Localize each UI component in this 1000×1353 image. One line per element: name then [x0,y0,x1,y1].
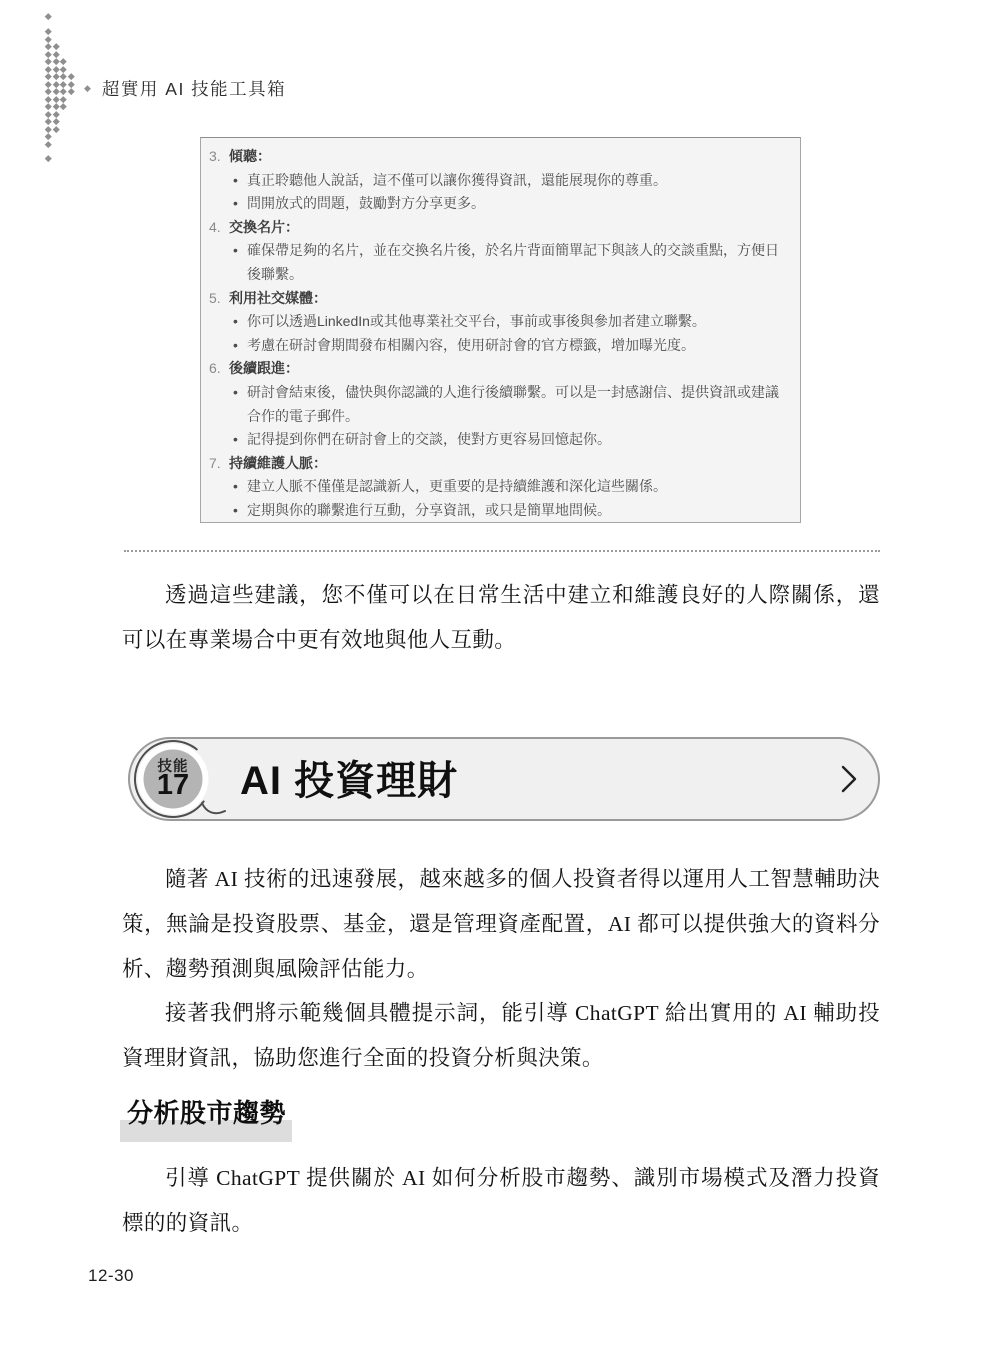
tip-item-3: 3. 傾聽： • 真正聆聽他人說話，這不僅可以讓你獲得資訊，還能展現你的尊重。 … [209,145,788,216]
bullet-icon: • [233,310,247,334]
tip-item-5: 5. 利用社交媒體： • 你可以透過LinkedIn或其他專業社交平台，事前或事… [209,287,788,358]
bullet-icon: • [233,334,247,358]
bullet-text: 你可以透過LinkedIn或其他專業社交平台，事前或事後與參加者建立聯繫。 [247,310,788,334]
tip-bullet: • 研討會結束後，儘快與你認識的人進行後續聯繫。可以是一封感謝信、提供資訊或建議… [209,381,788,428]
tip-title: 後續跟進： [229,357,299,381]
tips-list: 3. 傾聽： • 真正聆聽他人說話，這不僅可以讓你獲得資訊，還能展現你的尊重。 … [209,145,788,523]
book-page: ◆ 超實用 AI 技能工具箱 3. 傾聽： • 真正聆聽他人說話，這不僅可以讓你… [0,0,1000,1353]
tip-title: 利用社交媒體： [229,287,327,311]
chevron-right-icon [840,763,858,795]
bullet-text: 考慮在研討會期間發布相關內容，使用研討會的官方標籤，增加曝光度。 [247,334,788,358]
page-header: ◆ 超實用 AI 技能工具箱 [84,76,286,101]
tip-bullet: • 問開放式的問題，鼓勵對方分享更多。 [209,192,788,216]
skill-title: AI 投資理財 [240,749,458,806]
bullet-text: 確保帶足夠的名片，並在交換名片後，於名片背面簡單記下與該人的交談重點，方便日後聯… [247,239,788,286]
paragraph-prompts: 接著我們將示範幾個具體提示詞，能引導 ChatGPT 給出實用的 AI 輔助投資… [122,991,880,1081]
tip-item-4: 4. 交換名片： • 確保帶足夠的名片，並在交換名片後，於名片背面簡單記下與該人… [209,216,788,287]
skill-badge-number: 17 [126,771,220,800]
tip-number: 3. [209,145,229,169]
decorative-dot-pattern [44,10,88,170]
tip-number: 6. [209,357,229,381]
skill-banner: 技能 17 AI 投資理財 [128,737,880,821]
bullet-icon: • [233,239,247,286]
tip-title: 傾聽： [229,145,271,169]
tip-item-6: 6. 後續跟進： • 研討會結束後，儘快與你認識的人進行後續聯繫。可以是一封感謝… [209,357,788,451]
tip-item-7: 7. 持續維護人脈： • 建立人脈不僅僅是認識新人，更重要的是持續維護和深化這些… [209,452,788,523]
tip-bullet: • 你可以透過LinkedIn或其他專業社交平台，事前或事後與參加者建立聯繫。 [209,310,788,334]
tip-number: 7. [209,452,229,476]
paragraph-guide: 引導 ChatGPT 提供關於 AI 如何分析股市趨勢、識別市場模式及潛力投資標… [122,1156,880,1246]
tips-box: 3. 傾聽： • 真正聆聽他人說話，這不僅可以讓你獲得資訊，還能展現你的尊重。 … [200,137,801,523]
bullet-text: 問開放式的問題，鼓勵對方分享更多。 [247,192,788,216]
tip-bullet: • 建立人脈不僅僅是認識新人，更重要的是持續維護和深化這些關係。 [209,475,788,499]
bullet-text: 真正聆聽他人說話，這不僅可以讓你獲得資訊，還能展現你的尊重。 [247,169,788,193]
tip-bullet: • 真正聆聽他人說話，這不僅可以讓你獲得資訊，還能展現你的尊重。 [209,169,788,193]
bullet-text: 建立人脈不僅僅是認識新人，更重要的是持續維護和深化這些關係。 [247,475,788,499]
page-number: 12-30 [88,1266,134,1286]
running-head-title: 超實用 AI 技能工具箱 [102,76,286,101]
bullet-icon: • [233,381,247,428]
bullet-icon: • [233,428,247,452]
bullet-text: 研討會結束後，儘快與你認識的人進行後續聯繫。可以是一封感謝信、提供資訊或建議合作… [247,381,788,428]
bullet-icon: • [233,499,247,523]
tip-bullet: • 考慮在研討會期間發布相關內容，使用研討會的官方標籤，增加曝光度。 [209,334,788,358]
skill-number-badge: 技能 17 [126,729,226,829]
bullet-icon: • [233,475,247,499]
bullet-icon: • [233,169,247,193]
paragraph-intro: 隨著 AI 技術的迅速發展，越來越多的個人投資者得以運用人工智慧輔助決策，無論是… [122,857,880,992]
tip-bullet: • 確保帶足夠的名片，並在交換名片後，於名片背面簡單記下與該人的交談重點，方便日… [209,239,788,286]
bullet-text: 記得提到你們在研討會上的交談，使對方更容易回憶起你。 [247,428,788,452]
dotted-separator [124,550,880,552]
tip-number: 4. [209,216,229,240]
diamond-bullet-icon: ◆ [84,84,91,93]
tip-number: 5. [209,287,229,311]
bullet-icon: • [233,192,247,216]
paragraph-conclusion: 透過這些建議，您不僅可以在日常生活中建立和維護良好的人際關係，還可以在專業場合中… [122,573,880,663]
bullet-text: 定期與你的聯繫進行互動，分享資訊，或只是簡單地問候。 [247,499,788,523]
tip-bullet: • 記得提到你們在研討會上的交談，使對方更容易回憶起你。 [209,428,788,452]
tip-title: 持續維護人脈： [229,452,327,476]
tip-bullet: • 定期與你的聯繫進行互動，分享資訊，或只是簡單地問候。 [209,499,788,523]
section-subheading: 分析股市趨勢 [120,1096,286,1130]
subheading-text: 分析股市趨勢 [120,1096,286,1130]
tip-title: 交換名片： [229,216,299,240]
